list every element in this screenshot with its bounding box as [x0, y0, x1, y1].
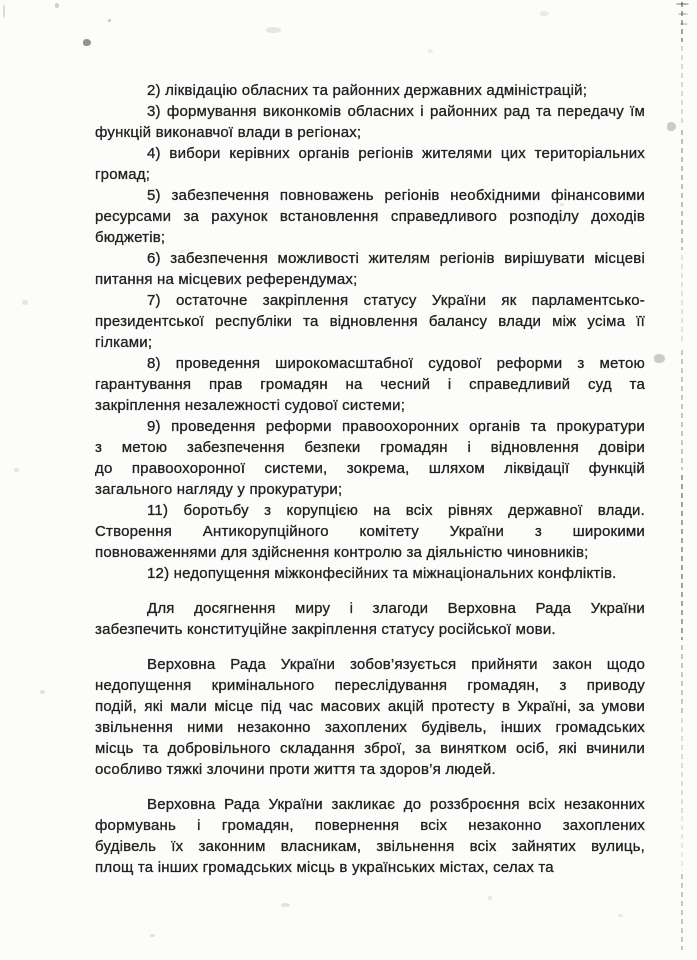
text-line: Верховна Рада України зобов’язується при… [95, 654, 645, 675]
text-line: громад; [95, 164, 645, 185]
text-line: Для досягнення миру і злагоди Верховна Р… [95, 598, 645, 619]
ink-speck [3, 4, 5, 18]
page-edge-line-segment [681, 46, 683, 126]
ink-speck [680, 23, 688, 25]
list-item: 8) проведення широкомасштабної судової р… [95, 353, 645, 416]
text-line: ресурсами за рахунок встановлення справе… [95, 206, 645, 227]
ink-speck [667, 122, 676, 131]
ink-speck [22, 300, 28, 305]
text-line: 4) вибори керівних органів регіонів жите… [95, 143, 645, 164]
ink-speck [281, 903, 290, 907]
list-item: 11) боротьбу з корупцією на всіх рівнях … [95, 500, 645, 563]
ink-speck [540, 11, 549, 16]
text-line: площ та інших громадських місць в україн… [95, 857, 645, 878]
text-line: 3) формування виконкомів обласних і райо… [95, 101, 645, 122]
text-line: будівель їх законним власникам, звільнен… [95, 836, 645, 857]
text-line: місць та добровільного складання зброї, … [95, 738, 645, 759]
list-item: 3) формування виконкомів обласних і райо… [95, 101, 645, 143]
text-line: формувань і громадян, повернення всіх не… [95, 815, 645, 836]
text-line: 2) ліквідацію обласних та районних держа… [95, 80, 645, 101]
page-edge-line-segment [681, 130, 683, 250]
page-edge-line-segment [681, 350, 683, 470]
ink-speck [83, 39, 91, 46]
ink-speck [55, 3, 59, 8]
ink-speck [40, 690, 45, 694]
text-line: до правоохоронної системи, зокрема, шлях… [95, 458, 645, 479]
document-body: 2) ліквідацію обласних та районних держа… [95, 80, 645, 878]
page-edge-line-segment [681, 718, 683, 813]
ink-speck [266, 27, 281, 33]
ink-speck [654, 354, 665, 363]
text-line: 7) остаточне закріплення статусу України… [95, 290, 645, 311]
list-item: 6) забезпечення можливості жителям регіо… [95, 248, 645, 290]
ink-speck [108, 19, 111, 22]
text-line: бюджетів; [95, 227, 645, 248]
text-line: 9) проведення реформи правоохоронних орг… [95, 416, 645, 437]
text-line: функцій виконавчої влади в регіонах; [95, 122, 645, 143]
text-line: гілками; [95, 332, 645, 353]
list-item: 9) проведення реформи правоохоронних орг… [95, 416, 645, 500]
paragraph: Верховна Рада України зобов’язується при… [95, 654, 645, 780]
ink-speck [428, 49, 433, 53]
page-edge-line-segment [681, 475, 683, 640]
text-line: президентської республіки та відновлення… [95, 311, 645, 332]
page-edge-line-segment [681, 2, 683, 42]
text-line: 5) забезпечення повноважень регіонів нео… [95, 185, 645, 206]
text-line: недопущення кримінального переслідування… [95, 675, 645, 696]
page-edge-line-segment [681, 816, 683, 871]
ink-speck [14, 468, 19, 472]
text-line: 6) забезпечення можливості жителям регіо… [95, 248, 645, 269]
list-item: 5) забезпечення повноважень регіонів нео… [95, 185, 645, 248]
text-line: загального нагляду у прокуратури; [95, 479, 645, 500]
ink-speck [678, 13, 688, 15]
text-line: забезпечить конституційне закріплення ст… [95, 619, 645, 640]
ink-speck [618, 914, 623, 917]
text-line: питання на місцевих референдумах; [95, 269, 645, 290]
text-line: повноваженнями для здійснення контролю з… [95, 542, 645, 563]
page-edge-line-segment [681, 645, 683, 715]
text-line: Створення Антикорупційного комітету Укра… [95, 521, 645, 542]
ink-speck [676, 3, 689, 5]
text-line: особливо тяжкі злочини проти життя та зд… [95, 759, 645, 780]
text-line: закріплення незалежності судової системи… [95, 395, 645, 416]
text-line: Верховна Рада України закликає до роззбр… [95, 794, 645, 815]
page-edge-line-segment [681, 255, 683, 345]
text-line: гарантування прав громадян на чесний і с… [95, 374, 645, 395]
list-item: 4) вибори керівних органів регіонів жите… [95, 143, 645, 185]
list-item: 7) остаточне закріплення статусу України… [95, 290, 645, 353]
text-line: 8) проведення широкомасштабної судової р… [95, 353, 645, 374]
text-line: подій, які мали місце під час масових ак… [95, 696, 645, 717]
scanned-document-page: 2) ліквідацію обласних та районних держа… [0, 0, 697, 960]
paragraph: Для досягнення миру і злагоди Верховна Р… [95, 598, 645, 640]
list-item: 2) ліквідацію обласних та районних держа… [95, 80, 645, 101]
ink-speck [488, 896, 492, 900]
page-edge-line-segment [681, 874, 683, 950]
paragraph: Верховна Рада України закликає до роззбр… [95, 794, 645, 878]
ink-speck [150, 934, 155, 937]
text-line: 12) недопущення міжконфесійних та міжнац… [95, 563, 645, 584]
text-line: звільнення ними незаконно захоплених буд… [95, 717, 645, 738]
text-line: 11) боротьбу з корупцією на всіх рівнях … [95, 500, 645, 521]
list-item: 12) недопущення міжконфесійних та міжнац… [95, 563, 645, 584]
text-line: з метою забезпечення безпеки громадян і … [95, 437, 645, 458]
